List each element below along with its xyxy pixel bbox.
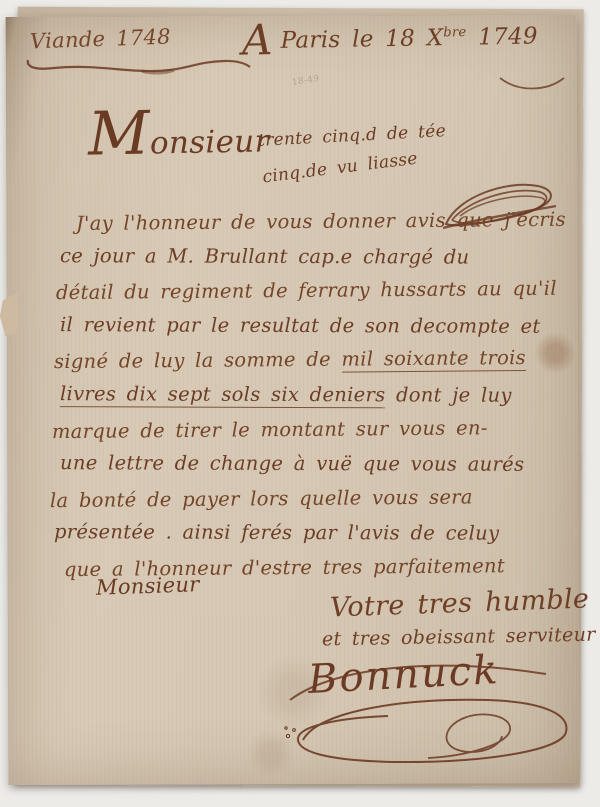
dateline-year: 1749 — [478, 23, 538, 50]
letter-line: il revient par le resultat de son decomp… — [60, 313, 540, 349]
dateline-main: Paris le 18 X — [280, 25, 443, 54]
torn-edge-flap — [0, 292, 18, 336]
line-underlined-text: mil soixante trois — [341, 346, 526, 373]
letter-body: J'ay l'honneur de vous donner avis que j… — [60, 210, 540, 591]
dateline-ornate-initial: A — [242, 15, 273, 65]
letter-line: ce jour a M. Brullant cap.e chargé du — [60, 244, 540, 280]
letter-line: une lettre de change à vuë que vous auré… — [60, 451, 540, 487]
line-text: détail du regiment de ferrary hussarts a… — [56, 277, 557, 304]
docket-note: Viande 1748 — [30, 25, 172, 54]
letter-line: signé de luy la somme de mil soixante tr… — [54, 346, 540, 385]
line-text: la bonté de payer lors quelle vous sera — [50, 485, 473, 512]
line-text: il revient par le resultat de son decomp… — [60, 313, 541, 338]
letter-line: marque de tirer le montant sur vous en- — [52, 415, 540, 454]
year-flourish — [498, 72, 568, 94]
docket-flourish — [24, 52, 254, 76]
line-text: dont je luy — [385, 383, 511, 406]
signature-paraph-flourish — [278, 640, 578, 800]
letter-line: J'ay l'honneur de vous donner avis que j… — [76, 208, 540, 247]
letter-line: détail du regiment de ferrary hussarts a… — [56, 277, 540, 316]
line-text: une lettre de change à vuë que vous auré… — [60, 451, 524, 476]
line-text: signé de luy la somme de — [54, 348, 342, 374]
letter-line: la bonté de payer lors quelle vous sera — [50, 485, 540, 524]
line-text: J'ay l'honneur de vous donner avis que j… — [76, 208, 566, 235]
salutation: Monsieur — [87, 96, 270, 169]
letter-line: présentée . ainsi ferés par l'avis de ce… — [54, 520, 540, 556]
dateline-superscript: bre — [443, 25, 466, 40]
letter-line: livres dix sept sols six deniers dont je… — [60, 382, 540, 418]
sub-salutation: Monsieur — [96, 572, 200, 600]
line-text: marque de tirer le montant sur vous en- — [52, 416, 488, 443]
letter-photograph: Viande 1748 AParis le 18 Xbre 1749 18-49… — [0, 0, 600, 807]
dateline: AParis le 18 Xbre 1749 — [242, 23, 538, 54]
line-underlined-text: livres dix sept sols six deniers — [60, 382, 386, 408]
line-text: ce jour a M. Brullant cap.e chargé du — [60, 244, 469, 268]
line-text: présentée . ainsi ferés par l'avis de ce… — [54, 520, 499, 545]
